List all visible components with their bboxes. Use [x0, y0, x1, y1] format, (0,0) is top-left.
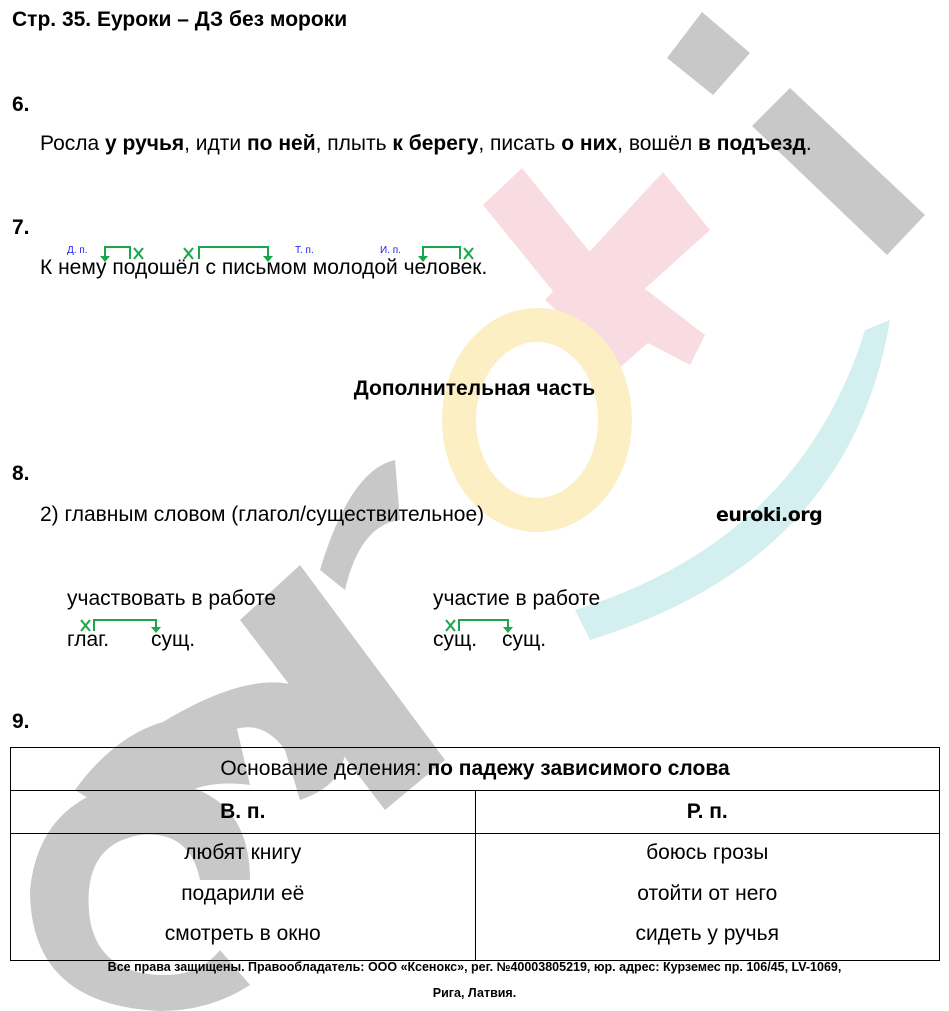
task-8-number: 8.: [12, 462, 30, 486]
basis-label: Основание деления:: [220, 757, 427, 780]
genitive-examples: боюсь грозы отойти от него сидеть у ручь…: [475, 834, 940, 961]
task-8-example-2-phrase: участие в работе: [433, 587, 600, 611]
basis-value: по падежу зависимого слова: [427, 757, 729, 780]
case-label-instrumental: Т. п.: [295, 245, 314, 256]
table-basis-cell: Основание деления: по падежу зависимого …: [11, 748, 940, 791]
table-cell: сидеть у ручья: [476, 919, 940, 960]
case-label-nominative: И. п.: [380, 245, 401, 256]
task-6-phrase: по ней: [247, 132, 316, 155]
accusative-examples: любят книгу подарили её смотреть в окно: [11, 834, 476, 961]
table-cell: боюсь грозы: [476, 838, 940, 879]
task-8-example-2-dependent: сущ.: [502, 628, 546, 652]
task-6-segment: , плыть: [316, 132, 393, 155]
page-content: Стр. 35. Еуроки – ДЗ без мороки 6. Росла…: [0, 0, 949, 1011]
task-8-answer: 2) главным словом (глагол/существительно…: [40, 503, 484, 527]
site-link[interactable]: euroki.org: [716, 504, 822, 526]
task-8-example-2-main: сущ.: [433, 628, 477, 652]
task-6-segment: Росла: [40, 132, 105, 155]
column-header-accusative: В. п.: [11, 791, 476, 834]
task-8-example-1-dependent: сущ.: [151, 628, 195, 652]
extra-part-heading: Дополнительная часть: [0, 377, 949, 401]
page-title: Стр. 35. Еуроки – ДЗ без мороки: [12, 8, 347, 32]
footer-copyright: Все права защищены. Правообладатель: ООО…: [0, 960, 949, 974]
task-6-answer: Росла у ручья, идти по ней, плыть к бере…: [40, 132, 812, 156]
task-8-example-1-phrase: участвовать в работе: [67, 587, 276, 611]
task-6-segment: .: [806, 132, 812, 155]
table-cell: отойти от него: [476, 879, 940, 920]
table-cell: любят книгу: [11, 838, 475, 879]
task-7-sentence: К нему подошёл с письмом молодой человек…: [40, 256, 487, 280]
case-label-dative: Д. п.: [67, 245, 88, 256]
task-9-table: Основание деления: по падежу зависимого …: [10, 747, 940, 961]
task-7-number: 7.: [12, 216, 30, 240]
footer-address: Рига, Латвия.: [0, 986, 949, 1000]
table-cell: смотреть в окно: [11, 919, 475, 960]
task-6-segment: , вошёл: [617, 132, 698, 155]
task-8-example-1-main: глаг.: [67, 628, 109, 652]
column-header-genitive: Р. п.: [475, 791, 940, 834]
task-6-segment: , писать: [478, 132, 561, 155]
task-6-phrase: у ручья: [105, 132, 184, 155]
task-9-number: 9.: [12, 710, 30, 734]
table-cell: подарили её: [11, 879, 475, 920]
task-6-segment: , идти: [184, 132, 247, 155]
task-6-number: 6.: [12, 93, 30, 117]
task-6-phrase: к берегу: [392, 132, 478, 155]
task-6-phrase: в подъезд: [698, 132, 806, 155]
task-6-phrase: о них: [561, 132, 617, 155]
